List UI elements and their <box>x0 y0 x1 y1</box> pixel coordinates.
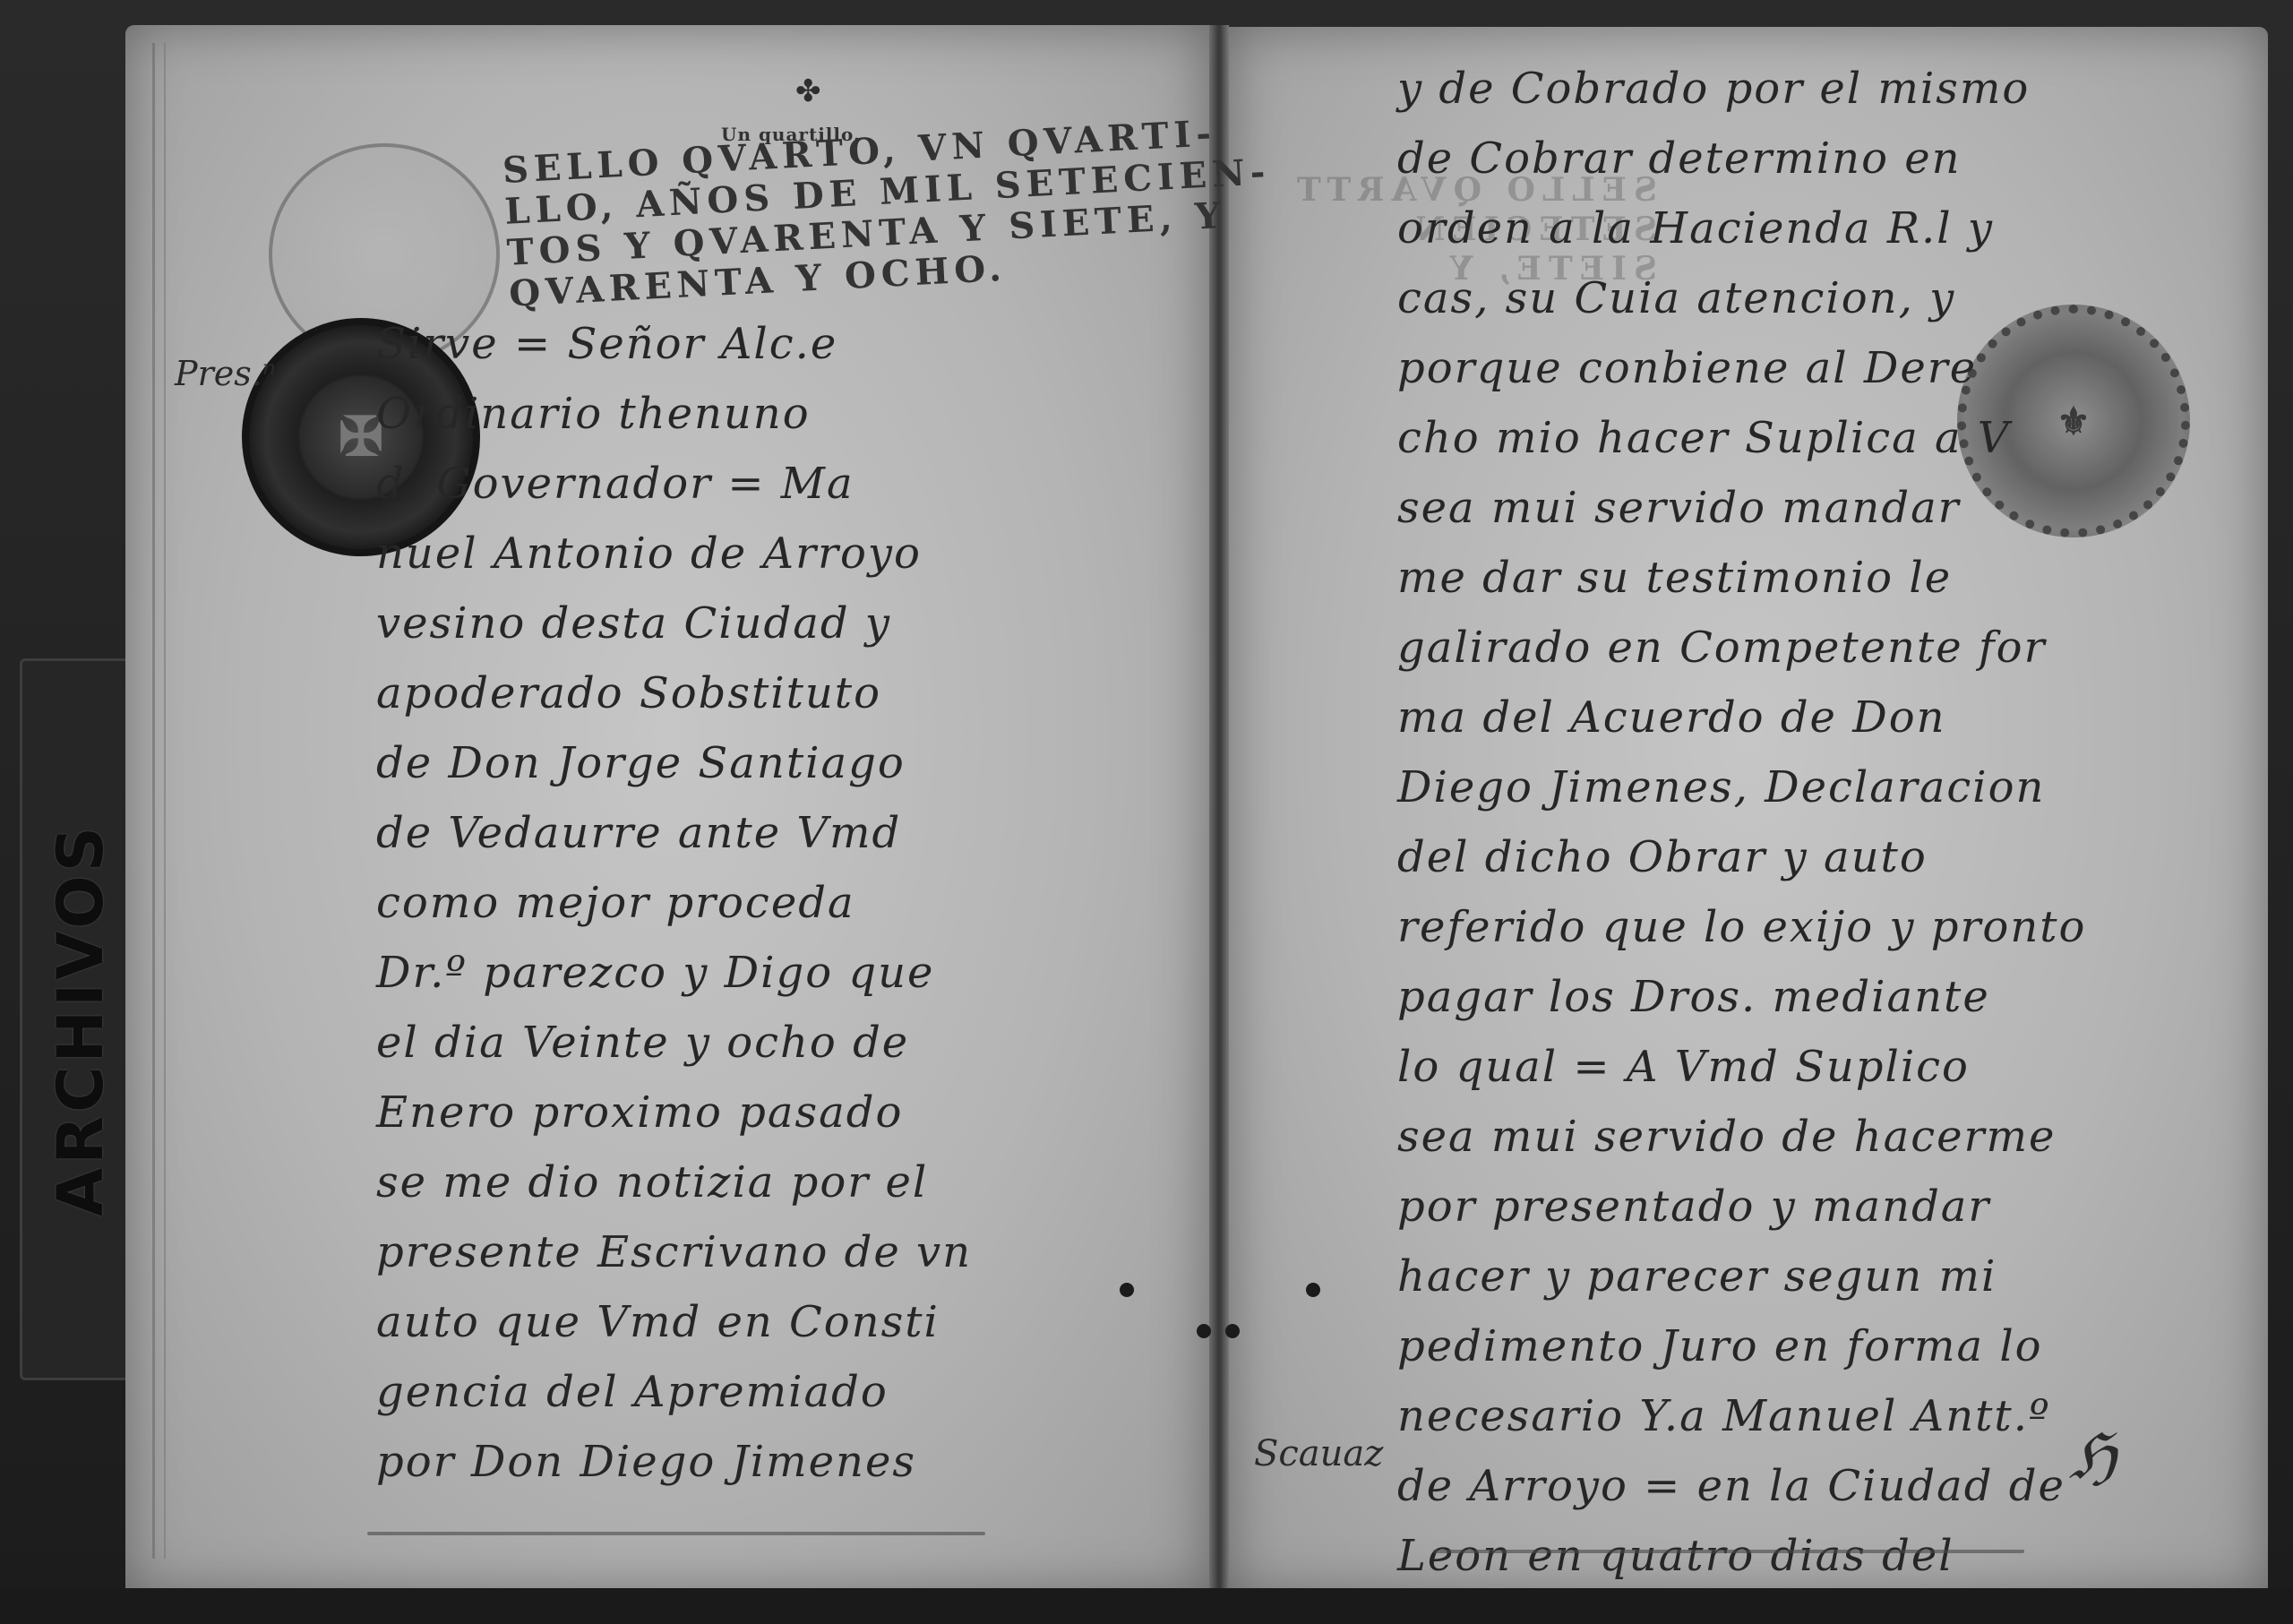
fleuron-ornament-icon: ✤ <box>795 73 821 109</box>
archive-label-text: ARCHIVOS <box>44 823 117 1216</box>
text-line: el dia Veinte y ocho de <box>376 1008 972 1078</box>
text-line: d. Governador = Ma <box>376 449 972 519</box>
binding-hole <box>1197 1324 1211 1338</box>
text-line: de Don Jorge Santiago <box>376 728 972 798</box>
text-line: Sirve = Señor Alc.e <box>376 309 972 379</box>
text-line: cas, su Cuia atencion, y <box>1397 263 2086 333</box>
text-line: lo qual = A Vmd Suplico <box>1397 1032 2086 1102</box>
text-line: sea mui servido mandar <box>1397 473 2086 543</box>
binding-hole <box>1306 1283 1320 1297</box>
text-line: vesino desta Ciudad y <box>376 589 972 658</box>
text-line: referido que lo exijo y pronto <box>1397 892 2086 962</box>
text-line: Leon en quatro dias del <box>1397 1521 2086 1591</box>
text-line: galirado en Competente for <box>1397 613 2086 683</box>
text-line: Diego Jimenes, Declaracion <box>1397 752 2086 822</box>
text-line: Ordinario thenuno <box>376 379 972 449</box>
binding-hole <box>1120 1283 1134 1297</box>
text-line: gencia del Apremiado <box>376 1357 972 1427</box>
text-line: por Don Diego Jimenes <box>376 1427 972 1497</box>
left-page-text: Sirve = Señor Alc.e Ordinario thenuno d.… <box>376 309 972 1497</box>
text-line: por presentado y mandar <box>1397 1172 2086 1242</box>
left-closing-rule <box>367 1532 985 1535</box>
book-gutter <box>1209 25 1229 1594</box>
text-line: nuel Antonio de Arroyo <box>376 519 972 589</box>
text-line: auto que Vmd en Consti <box>376 1287 972 1357</box>
left-margin-note: Pres.ⁿ <box>175 354 276 393</box>
text-line: Dr.º parezco y Digo que <box>376 938 972 1008</box>
binding-hole <box>1225 1324 1240 1338</box>
text-line: orden a la Hacienda R.l y <box>1397 193 2086 263</box>
text-line: sea mui servido de hacerme <box>1397 1102 2086 1172</box>
text-line: y de Cobrado por el mismo <box>1397 54 2086 124</box>
text-line: apoderado Sobstituto <box>376 658 972 728</box>
text-line: necesario Y.a Manuel Antt.º <box>1397 1381 2086 1451</box>
text-line: de Vedaurre ante Vmd <box>376 798 972 868</box>
text-line: pedimento Juro en forma lo <box>1397 1311 2086 1381</box>
text-line: de Cobrar determino en <box>1397 124 2086 193</box>
right-page-text: y de Cobrado por el mismo de Cobrar dete… <box>1397 54 2086 1591</box>
text-line: Enero proximo pasado <box>376 1078 972 1147</box>
text-line: de Arroyo = en la Ciudad de <box>1397 1451 2086 1521</box>
text-line: cho mio hacer Suplica a V <box>1397 403 2086 473</box>
archive-label: ARCHIVOS <box>20 658 142 1380</box>
scan-bottom-edge <box>0 1588 2293 1624</box>
text-line: del dicho Obrar y auto <box>1397 822 2086 892</box>
right-margin-note: Scauaz <box>1254 1433 1383 1474</box>
text-line: hacer y parecer segun mi <box>1397 1242 2086 1311</box>
text-line: ma del Acuerdo de Don <box>1397 683 2086 752</box>
text-line: se me dio notizia por el <box>376 1147 972 1217</box>
right-closing-rule <box>1433 1550 2024 1553</box>
text-line: me dar su testimonio le <box>1397 543 2086 613</box>
text-line: porque conbiene al Dere <box>1397 333 2086 403</box>
stamp-paper-text: SELLO QVARTO, VN QVARTI- LLO, AÑOS DE MI… <box>502 116 1172 314</box>
signature-rubric-icon: ℌ <box>2069 1420 2117 1493</box>
text-line: pagar los Dros. mediante <box>1397 962 2086 1032</box>
text-line: como mejor proceda <box>376 868 972 938</box>
text-line: presente Escrivano de vn <box>376 1217 972 1287</box>
